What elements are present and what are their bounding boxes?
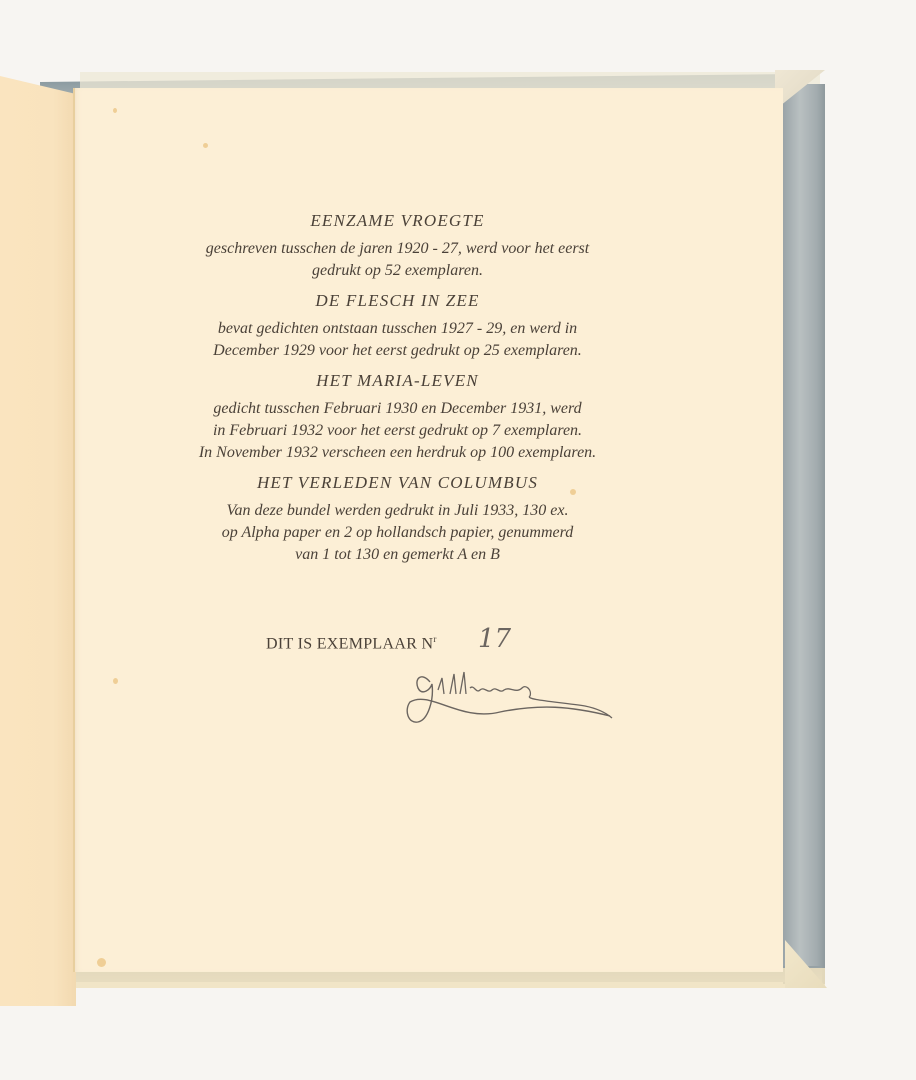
section-title: DE FLESCH IN ZEE: [160, 290, 635, 312]
section-het-verleden-van-columbus: HET VERLEDEN VAN COLUMBUS Van deze bunde…: [160, 472, 635, 566]
description-line: In November 1932 verscheen een herdruk o…: [160, 442, 635, 464]
description-line: December 1929 voor het eerst gedrukt op …: [160, 340, 635, 362]
colophon-text: EENZAME VROEGTE geschreven tusschen de j…: [160, 210, 635, 574]
handwritten-copy-number: 17: [478, 624, 511, 654]
foxing-spot: [113, 108, 117, 113]
page-gutter: [73, 88, 75, 972]
foxing-spot: [113, 678, 118, 684]
photo-scene: EENZAME VROEGTE geschreven tusschen de j…: [0, 0, 916, 1080]
copy-statement-text: DIT IS EXEMPLAAR N: [266, 635, 433, 652]
section-de-flesch-in-zee: DE FLESCH IN ZEE bevat gedichten ontstaa…: [160, 290, 635, 362]
section-description: gedicht tusschen Februari 1930 en Decemb…: [160, 398, 635, 464]
section-title: EENZAME VROEGTE: [160, 210, 635, 232]
description-line: in Februari 1932 voor het eerst gedrukt …: [160, 420, 635, 442]
copy-statement-superscript: r: [433, 634, 436, 644]
foxing-spot: [97, 958, 106, 967]
section-description: Van deze bundel werden gedrukt in Juli 1…: [160, 500, 635, 566]
description-line: bevat gedichten ontstaan tusschen 1927 -…: [160, 318, 635, 340]
description-line: gedrukt op 52 exemplaren.: [160, 260, 635, 282]
foxing-spot: [203, 143, 208, 148]
cloth-cover-right-edge: [783, 84, 825, 984]
left-facing-page: [0, 76, 76, 1006]
description-line: van 1 tot 130 en gemerkt A en B: [160, 544, 635, 566]
author-signature: [400, 660, 630, 740]
description-line: gedicht tusschen Februari 1930 en Decemb…: [160, 398, 635, 420]
description-line: Van deze bundel werden gedrukt in Juli 1…: [160, 500, 635, 522]
section-title: HET VERLEDEN VAN COLUMBUS: [160, 472, 635, 494]
description-line: geschreven tusschen de jaren 1920 - 27, …: [160, 238, 635, 260]
section-het-maria-leven: HET MARIA-LEVEN gedicht tusschen Februar…: [160, 370, 635, 464]
copy-statement: DIT IS EXEMPLAAR Nr: [266, 634, 437, 653]
section-description: bevat gedichten ontstaan tusschen 1927 -…: [160, 318, 635, 362]
description-line: op Alpha paper en 2 op hollandsch papier…: [160, 522, 635, 544]
section-eenzame-vroegte: EENZAME VROEGTE geschreven tusschen de j…: [160, 210, 635, 282]
section-title: HET MARIA-LEVEN: [160, 370, 635, 392]
section-description: geschreven tusschen de jaren 1920 - 27, …: [160, 238, 635, 282]
